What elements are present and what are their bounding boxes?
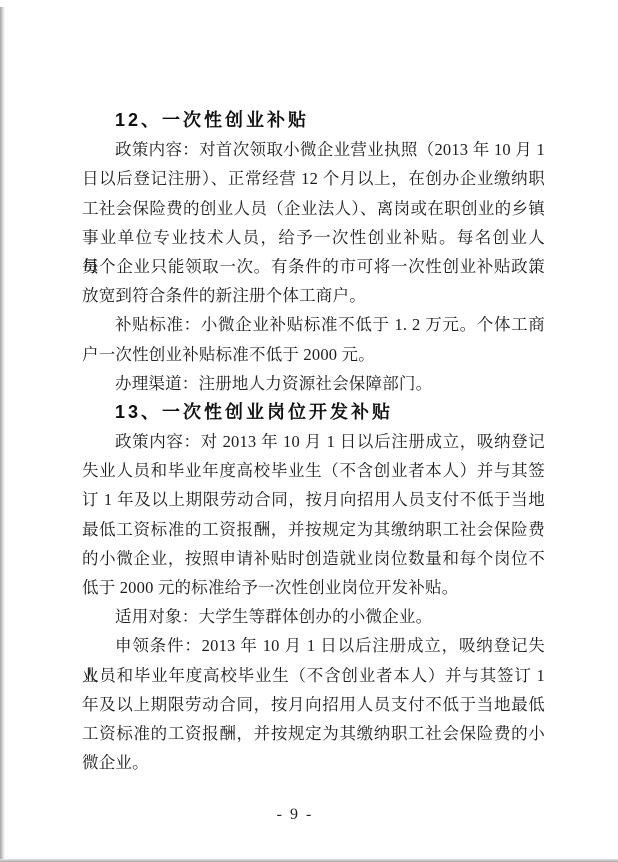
- document-line: 工资标准的工资报酬，并按规定为其缴纳职工社会保险费的小: [82, 719, 545, 748]
- document-page: 12、一次性创业补贴政策内容：对首次领取小微企业营业执照（2013 年 10 月…: [0, 0, 618, 862]
- document-line: 的小微企业，按照申请补贴时创造就业岗位数量和每个岗位不: [82, 544, 545, 573]
- document-line: 申领条件：2013 年 10 月 1 日以后注册成立，吸纳登记失业: [82, 631, 545, 660]
- section-heading: 13、一次性创业岗位开发补贴: [82, 398, 545, 427]
- scan-left-edge: [0, 7, 5, 862]
- document-line: 人员和毕业年度高校毕业生（不含创业者本人）并与其签订 1: [82, 661, 545, 690]
- document-line: 低于 2000 元的标准给予一次性创业岗位开发补贴。: [82, 573, 545, 602]
- document-line: 微企业。: [82, 748, 545, 777]
- document-line: 放宽到符合条件的新注册个体工商户。: [82, 281, 545, 310]
- document-line: 办理渠道：注册地人力资源社会保障部门。: [82, 369, 545, 398]
- document-body: 12、一次性创业补贴政策内容：对首次领取小微企业营业执照（2013 年 10 月…: [82, 106, 545, 777]
- document-line: 适用对象：大学生等群体创办的小微企业。: [82, 602, 545, 631]
- document-line: 户一次性创业补贴标准不低于 2000 元。: [82, 340, 545, 369]
- document-line: 日以后登记注册）、正常经营 12 个月以上，在创办企业缴纳职: [82, 164, 545, 193]
- section-heading: 12、一次性创业补贴: [82, 106, 545, 135]
- document-line: 订 1 年及以上期限劳动合同，按月向招用人员支付不低于当地: [82, 485, 545, 514]
- document-line: 补贴标准：小微企业补贴标准不低于 1. 2 万元。个体工商: [82, 310, 545, 339]
- document-line: 事业单位专业技术人员，给予一次性创业补贴。每名创业人员、: [82, 223, 545, 252]
- document-line: 工社会保险费的创业人员（企业法人）、离岗或在职创业的乡镇: [82, 194, 545, 223]
- document-line: 年及以上期限劳动合同，按月向招用人员支付不低于当地最低: [82, 690, 545, 719]
- document-line: 每个企业只能领取一次。有条件的市可将一次性创业补贴政策: [82, 252, 545, 281]
- page-number: - 9 -: [0, 806, 590, 824]
- document-line: 最低工资标准的工资报酬，并按规定为其缴纳职工社会保险费: [82, 515, 545, 544]
- document-line: 政策内容：对首次领取小微企业营业执照（2013 年 10 月 1: [82, 135, 545, 164]
- document-line: 失业人员和毕业年度高校毕业生（不含创业者本人）并与其签: [82, 456, 545, 485]
- document-line: 政策内容：对 2013 年 10 月 1 日以后注册成立，吸纳登记: [82, 427, 545, 456]
